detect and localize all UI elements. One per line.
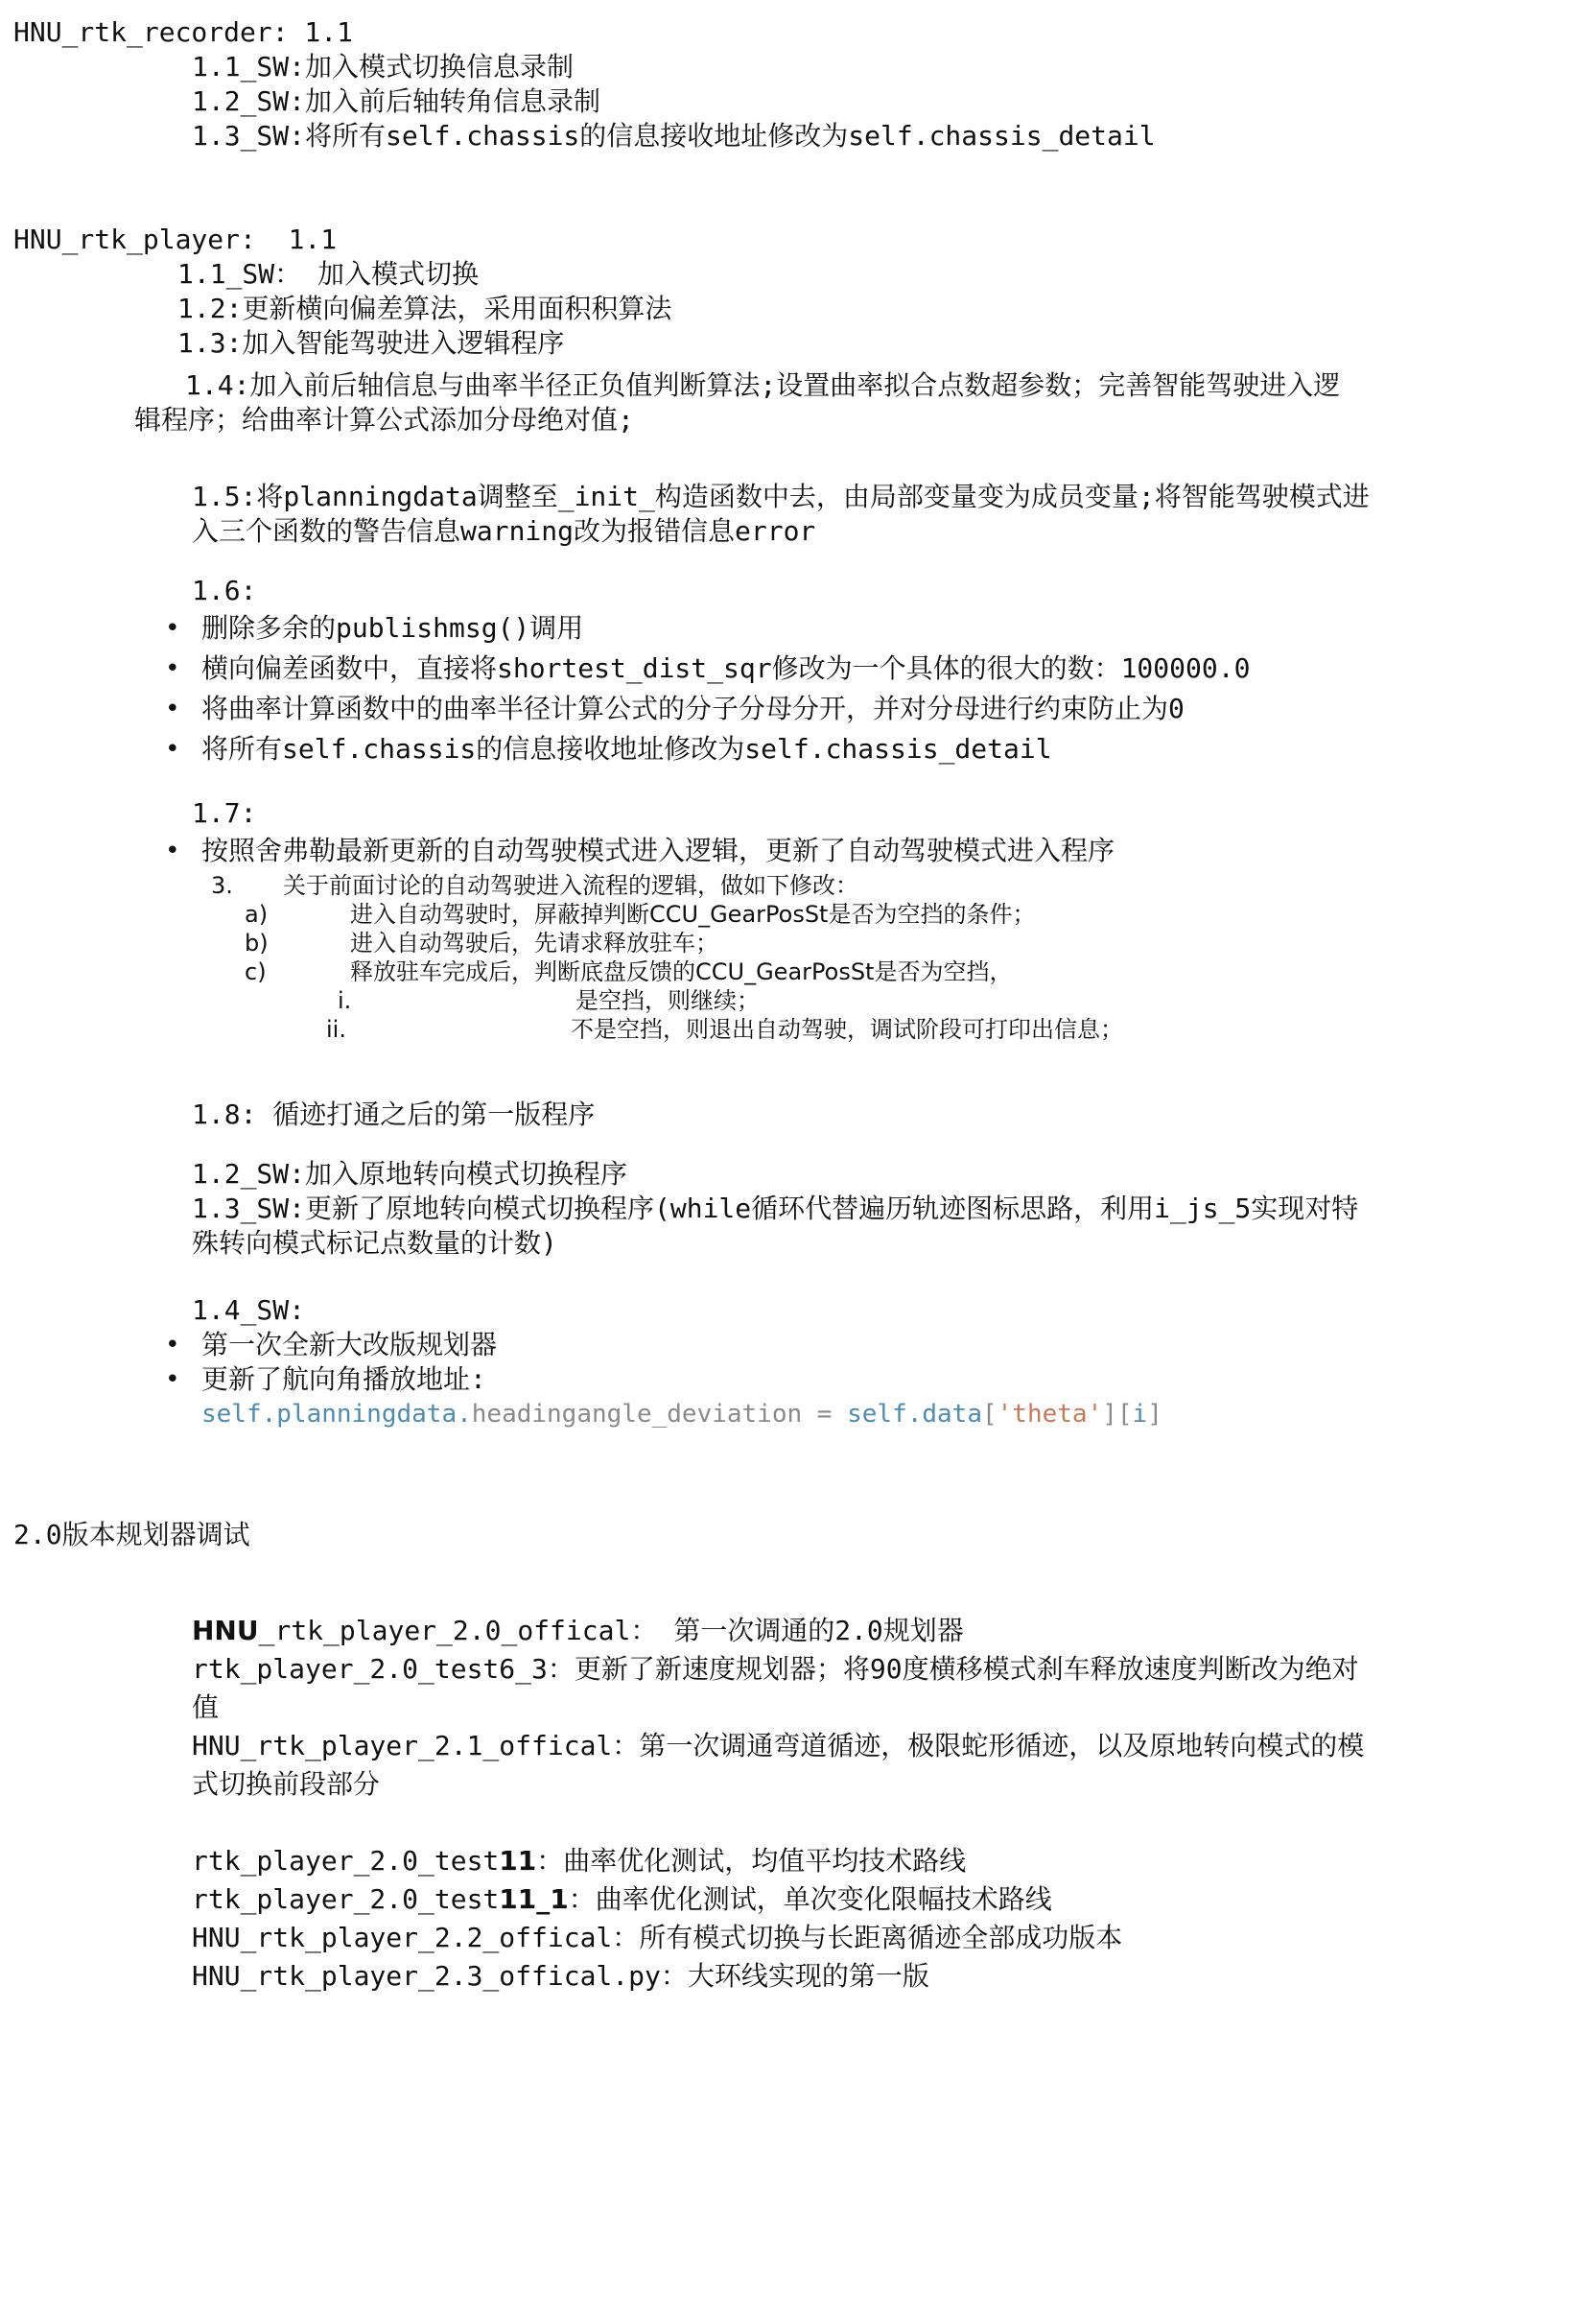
recorder-section: HNU_rtk_recorder: 1.1 1.1_SW:加入模式切换信息录制 … [0,15,1596,154]
outline-marker: 3. [211,871,283,900]
line-fragment: ：曲率优化测试，均值平均技术路线 [536,1845,966,1877]
outline-item-3: 3. 关于前面讨论的自动驾驶进入流程的逻辑，做如下修改： [211,871,1596,900]
code-token: headingangle_deviation = [472,1400,847,1429]
player-v1-3: 1.3:加入智能驾驶进入逻辑程序 [177,326,1596,361]
v2-line-test11: rtk_player_2.0_test11：曲率优化测试，均值平均技术路线 [192,1842,1596,1880]
outline-text: 是空挡，则继续； [575,986,760,1015]
v2-line-2-3-offical: HNU_rtk_player_2.3_offical.py：大环线实现的第一版 [192,1957,1596,1996]
v2-line-2-1-offical-line2: 式切换前段部分 [192,1765,1596,1804]
v2-section: 2.0版本规划器调试 HNU_rtk_player_2.0_offical： 第… [0,1518,1596,1996]
outline-marker: a) [245,900,350,929]
line-fragment: rtk_player_2.0_test [192,1883,499,1915]
code-line: self.planningdata.headingangle_deviation… [201,1397,1596,1431]
outline-text: 进入自动驾驶后，先请求释放驻车； [350,929,718,957]
player-v1-3sw-line2: 殊转向模式标记点数量的计数) [192,1226,1596,1261]
outline-item-a: a) 进入自动驾驶时，屏蔽掉判断CCU_GearPosSt是否为空挡的条件； [245,900,1596,929]
player-section: HNU_rtk_player: 1.1 1.1_SW： 加入模式切换 1.2:更… [0,223,1596,1431]
code-token: [ [982,1400,997,1429]
recorder-item-2: 1.2_SW:加入前后轴转角信息录制 [192,84,1596,119]
bold-fragment: 11 [499,1845,536,1877]
code-token: self.data [847,1400,982,1429]
outline-item-b: b) 进入自动驾驶后，先请求释放驻车； [245,929,1596,957]
outline-item-i: i. 是空挡，则继续； [338,986,1596,1015]
player-v1-2sw: 1.2_SW:加入原地转向模式切换程序 [192,1157,1596,1192]
v2-line-2-1-offical-line1: HNU_rtk_player_2.1_offical：第一次调通弯道循迹，极限蛇… [192,1727,1596,1765]
outline-marker: c) [245,957,350,986]
outline-marker: b) [245,929,350,957]
player-v1-4-line2: 辑程序；给曲率计算公式添加分母绝对值; [134,403,1596,437]
code-token: ][ [1102,1400,1132,1429]
line-fragment: ：曲率优化测试，单次变化限幅技术路线 [569,1883,1052,1915]
recorder-item-1: 1.1_SW:加入模式切换信息录制 [192,50,1596,84]
document-page: HNU_rtk_recorder: 1.1 1.1_SW:加入模式切换信息录制 … [0,0,1596,1996]
recorder-title: HNU_rtk_recorder: 1.1 [13,15,1596,50]
list-item: 横向偏差函数中，直接将shortest_dist_sqr修改为一个具体的很大的数… [165,649,1596,689]
outline-text: 释放驻车完成后，判断底盘反馈的CCU_GearPosSt是否为空挡， [350,957,1012,986]
player-v1-2: 1.2:更新横向偏差算法，采用面积积算法 [177,292,1596,326]
player-v1-1: 1.1_SW： 加入模式切换 [177,257,1596,292]
player-v1-5-line1: 1.5:将planningdata调整至_init_构造函数中去，由局部变量变为… [192,480,1596,514]
player-v1-3sw-line1: 1.3_SW:更新了原地转向模式切换程序(while循环代替遍历轨迹图标思路，利… [192,1192,1596,1226]
list-item: 删除多余的publishmsg()调用 [165,608,1596,649]
list-item: 将所有self.chassis的信息接收地址修改为self.chassis_de… [165,729,1596,769]
v2-line-test6-3-line1: rtk_player_2.0_test6_3：更新了新速度规划器；将90度横移模… [192,1650,1596,1689]
outline-item-ii: ii. 不是空挡，则退出自动驾驶，调试阶段可打印出信息； [326,1015,1596,1044]
recorder-item-3: 1.3_SW:将所有self.chassis的信息接收地址修改为self.cha… [192,119,1596,154]
bold-fragment: HNU [192,1615,259,1646]
outline-text: 进入自动驾驶时，屏蔽掉判断CCU_GearPosSt是否为空挡的条件； [350,900,1035,929]
player-v1-4-line1: 1.4:加入前后轴信息与曲率半径正负值判断算法;设置曲率拟合点数超参数；完善智能… [185,368,1596,403]
bold-fragment: 11_1 [499,1883,568,1915]
code-token: 'theta' [997,1400,1103,1429]
v2-line-test6-3-line2: 值 [192,1689,1596,1727]
outline-item-c: c) 释放驻车完成后，判断底盘反馈的CCU_GearPosSt是否为空挡， [245,957,1596,986]
outline-text: 关于前面讨论的自动驾驶进入流程的逻辑，做如下修改： [283,871,858,900]
list-item: 第一次全新大改版规划器 [165,1328,1596,1362]
list-item: 将曲率计算函数中的曲率半径计算公式的分子分母分开，并对分母进行约束防止为0 [165,689,1596,729]
player-v1-6-heading: 1.6: [192,574,1596,608]
line-fragment: _rtk_player_2.0_offical： 第一次调通的2.0规划器 [259,1615,964,1646]
player-title: HNU_rtk_player: 1.1 [13,223,1596,257]
outline-text: 不是空挡，则退出自动驾驶，调试阶段可打印出信息； [571,1015,1123,1044]
code-token: ] [1147,1400,1162,1429]
player-v1-5-line2: 入三个函数的警告信息warning改为报错信息error [192,514,1596,549]
outline-marker: i. [338,986,575,1015]
code-token: i [1133,1400,1148,1429]
player-v1-4sw-heading: 1.4_SW: [192,1293,1596,1328]
outline-marker: ii. [326,1015,571,1044]
v2-line-test11-1: rtk_player_2.0_test11_1：曲率优化测试，单次变化限幅技术路… [192,1880,1596,1919]
v2-line-2-0-offical: HNU_rtk_player_2.0_offical： 第一次调通的2.0规划器 [192,1612,1596,1650]
player-v1-7-heading: 1.7: [192,796,1596,831]
list-item: 按照舍弗勒最新更新的自动驾驶模式进入逻辑，更新了自动驾驶模式进入程序 [165,831,1596,871]
v2-heading: 2.0版本规划器调试 [13,1518,1596,1552]
code-token: self.planningdata. [201,1400,472,1429]
player-v1-8: 1.8: 循迹打通之后的第一版程序 [192,1098,1596,1132]
v2-line-2-2-offical: HNU_rtk_player_2.2_offical：所有模式切换与长距离循迹全… [192,1919,1596,1957]
list-item: 更新了航向角播放地址: [165,1362,1596,1397]
line-fragment: rtk_player_2.0_test [192,1845,499,1877]
